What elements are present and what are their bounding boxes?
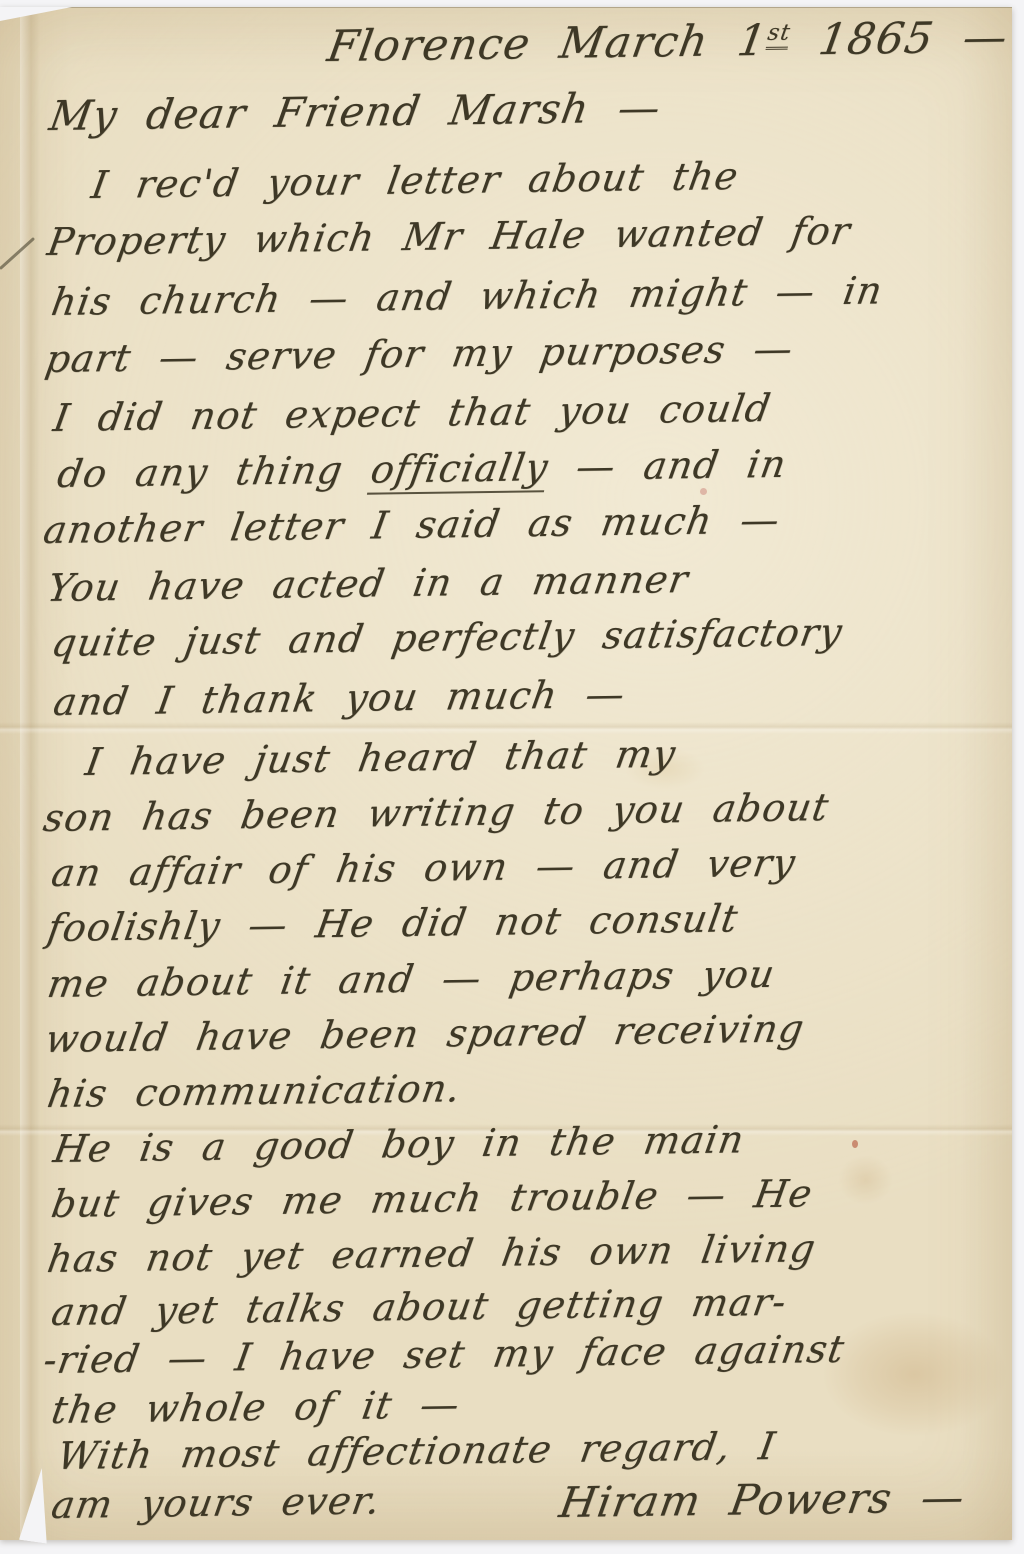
horizontal-fold-crease — [0, 722, 1012, 734]
letter-line: am yours ever. — [48, 1478, 384, 1527]
letter-line: I rec'd your letter about the — [88, 154, 742, 207]
letter-line: I have just heard that my — [82, 732, 679, 784]
dateline-year: 1865 — — [785, 12, 1011, 65]
line-segment: — and in — [545, 442, 790, 489]
letter-line: You have acted in a manner — [44, 557, 692, 610]
dateline-place-day: Florence March 1 — [324, 16, 771, 72]
ink-speck — [852, 1140, 858, 1148]
dateline: Florence March 1st 1865 — — [324, 12, 1012, 72]
letter-line: the whole of it — — [48, 1382, 463, 1432]
ink-speck — [700, 488, 707, 495]
signature: Hiram Powers — — [556, 1472, 969, 1527]
stain — [838, 1155, 893, 1205]
underlined-word: officially — [367, 445, 552, 495]
letter-line: his communication. — [44, 1066, 464, 1116]
stain — [822, 1312, 1007, 1437]
vertical-fold-crease — [20, 7, 40, 1539]
salutation: My dear Friend Marsh — — [46, 83, 665, 140]
letter-line: and I thank you much — — [50, 672, 628, 724]
line-segment: do any thing — [54, 448, 374, 496]
